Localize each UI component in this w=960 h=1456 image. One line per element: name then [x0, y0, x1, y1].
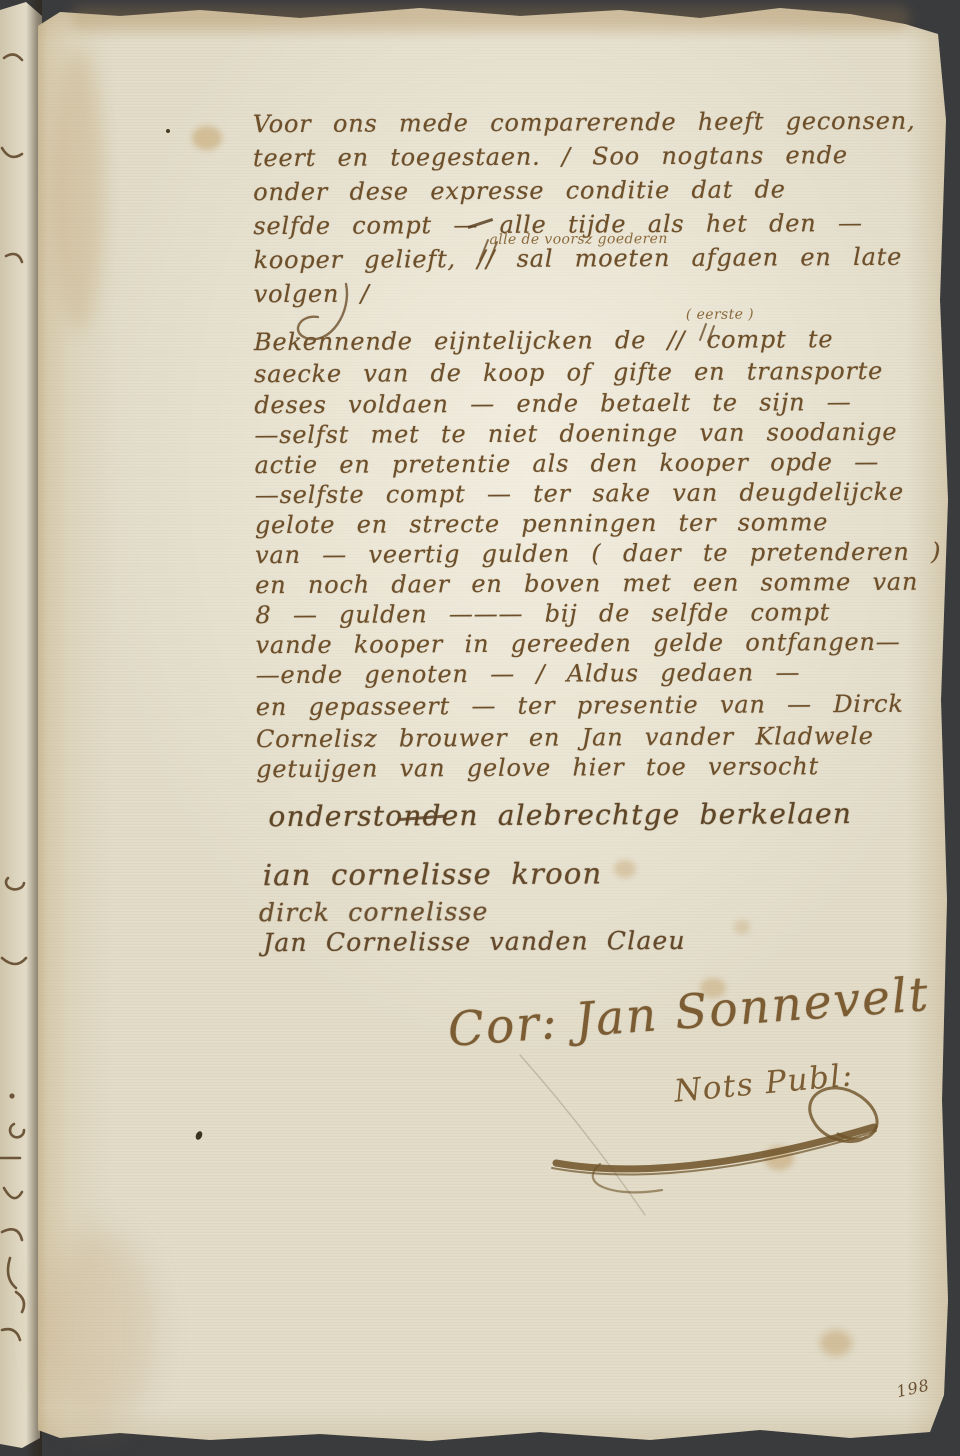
manuscript-line: van — veertig gulden ( daer te pretender…	[255, 537, 941, 572]
notary-signature: Cor: Jan Sonnevelt	[446, 969, 931, 1057]
witness-signature: onderstonden alebrechtge berkelaen	[268, 798, 852, 833]
manuscript-line: actie en pretentie als den kooper opde —	[255, 447, 880, 481]
manuscript-line: —selfste compt — ter sake van deugdelijc…	[255, 477, 904, 511]
folio-number: 198	[895, 1376, 932, 1401]
witness-signature: Jan Cornelisse vanden Claeu	[263, 925, 686, 959]
handwriting-layer: Voor ons mede comparerende heeft geconse…	[0, 0, 960, 1456]
manuscript-line: en gepasseert — ter presentie van — Dirc…	[256, 689, 904, 723]
witness-signature: ian cornelisse kroon	[263, 857, 603, 891]
manuscript-line: teert en toegestaen. / Soo nogtans ende	[253, 140, 848, 174]
manuscript-line: Voor ons mede comparerende heeft geconse…	[253, 106, 916, 140]
notary-title: Nots Publ:	[673, 1058, 855, 1108]
witness-signature: dirck cornelisse	[259, 896, 489, 929]
manuscript-line: Bekennende eijntelijcken de // compt te	[254, 324, 834, 358]
manuscript-line: —selfst met te niet doeninge van soodani…	[254, 417, 897, 451]
manuscript-line: —ende genoten — / Aldus gedaen —	[256, 657, 801, 691]
manuscript-line: onder dese expresse conditie dat de	[253, 174, 786, 208]
manuscript-line: Cornelisz brouwer en Jan vander Kladwele	[256, 721, 874, 755]
manuscript-line: saecke van de koop of gifte en transport…	[254, 356, 883, 390]
manuscript-line: vande kooper in gereeden gelde ontfangen…	[255, 627, 900, 661]
manuscript-line: volgen /	[254, 279, 370, 311]
manuscript-line: getuijgen van gelove hier toe versocht	[256, 751, 819, 785]
manuscript-line: en noch daer en boven met een somme van	[255, 567, 918, 601]
interlinear-insertion: ( eerste )	[686, 307, 754, 323]
manuscript-line: deses voldaen — ende betaelt te sijn —	[254, 387, 851, 421]
manuscript-line: gelote en strecte penningen ter somme	[255, 507, 828, 541]
manuscript-scan: Voor ons mede comparerende heeft geconse…	[0, 0, 960, 1456]
manuscript-line: 8 — gulden ——— bij de selfde compt	[255, 597, 830, 631]
manuscript-line: kooper gelieft, // sal moeten afgaen en …	[253, 242, 902, 276]
